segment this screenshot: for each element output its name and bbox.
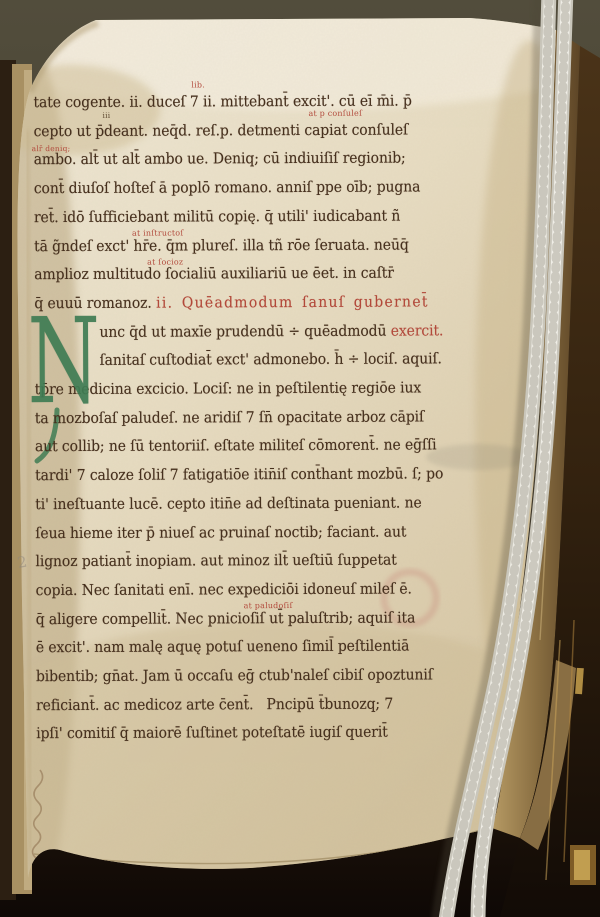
text-line: bibentib; gn̄at. Jam ū occaſu eḡ ctub'na… (36, 666, 433, 684)
text-line: ē excit'. nam malę aquę potuſ ueneno ſim… (36, 638, 410, 656)
text-line: cont̄ diuſoſ hoſteſ ā poplō romano. anni… (34, 178, 421, 196)
line-text: aut collib; ne ſū tentoriiſ. eſtate mili… (35, 435, 437, 455)
line-text: lignoz patiant̄ inopiam. aut minoz ilt̄ … (35, 551, 396, 571)
line-text: bibentib; gn̄at. Jam ū occaſu eḡ ctub'na… (36, 665, 433, 685)
text-line: cepto ut p̄deant. neq̄d. reſ.p. detmenti… (34, 122, 409, 140)
line-text: ſanitaſ cuſtodiat̄ exct' admonebo. h̄ ÷ … (100, 349, 442, 368)
text-line: ſeua hieme iter p̄ niueſ ac pruinaſ noct… (35, 524, 406, 542)
line-text: amplioz multitudo ſocialiū auxiliariū ue… (34, 264, 394, 284)
line-text: ret̄. idō ſufficiebant militū copię. q̄ … (34, 207, 400, 227)
line-text: ambo. alt̄ ut alt̄ ambo ue. Deniq; cū in… (34, 149, 406, 169)
text-line: ret̄. idō ſufficiebant militū copię. q̄ … (34, 208, 400, 226)
text-line: ſanitaſ cuſtodiat̄ exct' admonebo. h̄ ÷ … (100, 350, 442, 368)
text-line: tardi' 7 caloze ſoliſ 7 fatigatiōe itin̄… (35, 465, 443, 483)
line-text: ē excit'. nam malę aquę potuſ ueneno ſim… (36, 637, 410, 657)
line-text: ti' ineſtuante lucē. cepto itin̄e ad deſ… (35, 493, 421, 513)
interlinear-gloss-iii: iii (102, 111, 110, 120)
manuscript-text-block: N lib. iii at p conſuleſ alr̄ deniq; at … (0, 0, 600, 917)
line-text: ſeua hieme iter p̄ niueſ ac pruinaſ noct… (35, 523, 406, 543)
interlinear-gloss-lib: lib. (191, 80, 205, 89)
line-text: tardi' 7 caloze ſoliſ 7 fatigatiōe itin̄… (35, 464, 443, 484)
illuminated-initial-n: N (27, 315, 100, 407)
text-line: reficiant̄. ac medicoz arte c̄ent̄. Pnci… (36, 696, 393, 714)
line-text: tā g̃ndeſ exct' hr̄e. q̄m plureſ. illa t… (34, 236, 409, 256)
text-line: tā g̃ndeſ exct' hr̄e. q̄m plureſ. illa t… (34, 237, 409, 255)
text-line: ipſi' comitiſ q̄ maiorē ſuſtinet poteſta… (36, 724, 388, 742)
text-line: q̄ aligere compellit̄. Nec pnicioſiſ ut̄… (36, 609, 416, 627)
line-red-text: exercit. (391, 321, 444, 339)
text-line: copia. Nec ſanitati enī. nec expediciōi … (36, 581, 412, 599)
interlinear-gloss-at-p-consules: at p conſuleſ (308, 109, 362, 118)
line-text: unc q̄d ut maxīe prudendū ÷ quēadmodū (99, 322, 390, 341)
line-text: copia. Nec ſanitati enī. nec expediciōi … (36, 580, 412, 600)
line-text: cont̄ diuſoſ hoſteſ ā poplō romano. anni… (34, 177, 421, 197)
text-line: aut collib; ne ſū tentoriiſ. eſtate mili… (35, 436, 437, 454)
pencil-folio-mark: 2 (16, 553, 29, 572)
line-text: q̄ aligere compellit̄. Nec pnicioſiſ ut̄… (36, 608, 416, 628)
text-line: amplioz multitudo ſocialiū auxiliariū ue… (34, 265, 394, 283)
text-line: tate cogente. ii. duceſ 7 ii. mittebant̄… (33, 93, 411, 111)
text-line: ambo. alt̄ ut alt̄ ambo ue. Deniq; cū in… (34, 150, 406, 168)
line-text: tate cogente. ii. duceſ 7 ii. mittebant̄… (33, 92, 411, 112)
line-text: ipſi' comitiſ q̄ maiorē ſuſtinet poteſta… (36, 723, 388, 743)
line-text: reficiant̄. ac medicoz arte c̄ent̄. Pnci… (36, 695, 393, 715)
text-line: ti' ineſtuante lucē. cepto itin̄e ad deſ… (35, 494, 421, 512)
line-text: cepto ut p̄deant. neq̄d. reſ.p. detmenti… (34, 121, 409, 141)
text-line: lignoz patiant̄ inopiam. aut minoz ilt̄ … (35, 552, 396, 570)
chapter-rubric: ii. Quēadmodum ſanuſ gubernet̄ (156, 292, 429, 311)
manuscript-photo: N lib. iii at p conſuleſ alr̄ deniq; at … (0, 0, 600, 917)
text-line: unc q̄d ut maxīe prudendū ÷ quēadmodū ex… (99, 322, 443, 340)
